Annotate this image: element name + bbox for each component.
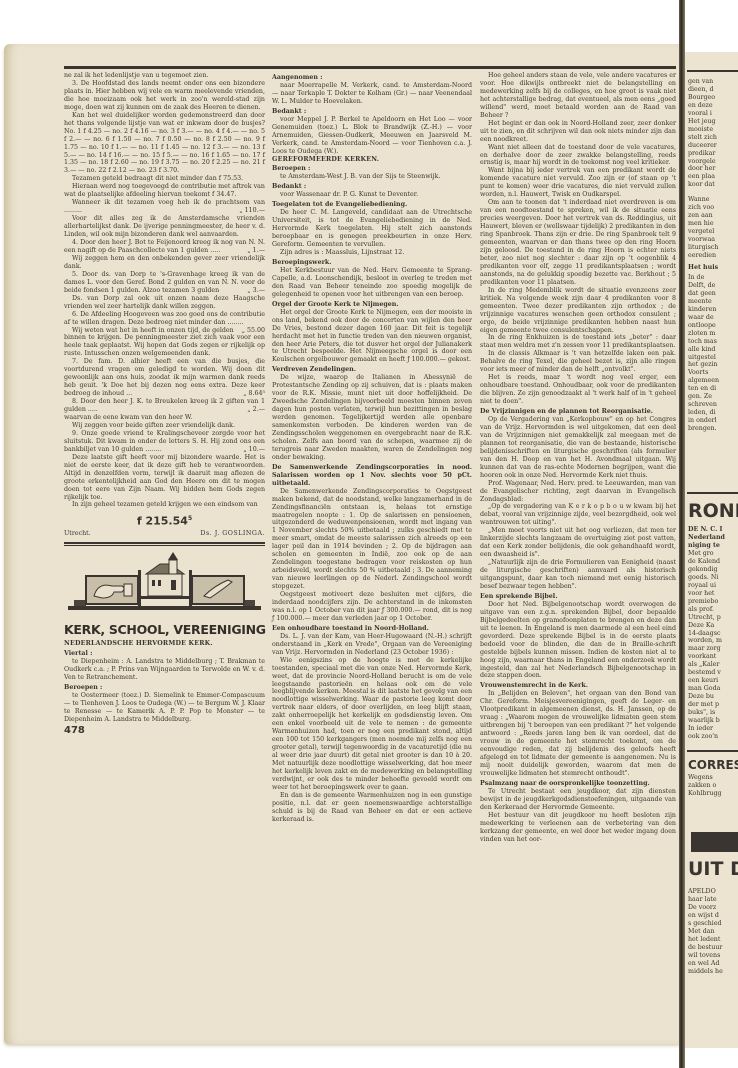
section-banner: CORRES [688,758,738,772]
amount-line: 9. Onze goede vriend te Kralingscheveer … [64,430,265,454]
text-fragment: APELDOhaar lateDe voorzen wijst ds gesch… [688,888,738,975]
text-line: zen aan [688,212,738,220]
paragraph: Hieraan werd nog toegevoegd de contribut… [64,183,265,199]
text-line: toch mas [688,338,738,346]
paragraph: In de ring Medemblik wordt de situatie e… [480,287,676,335]
banner-illustration [691,832,738,852]
paragraph: Het orgel der Groote Kerk te Nijmegen, e… [272,309,472,365]
subheading: Beroepen : [272,165,472,173]
column-2: Aangenomen : naar Moerrapelle M. Verkerk… [272,72,472,824]
quote: „Natuurlijk zijn de drie Formulieren van… [480,559,676,591]
paragraph: voor Meppel J. P. Berkel te Apeldoorn en… [272,116,472,156]
text-line: goeds. Ni [688,574,738,582]
paragraph: voor Wassenaar dr. P. G. Kunst te Devent… [272,191,472,199]
signature: Utrecht. Ds. J. GOSLINGA. [64,530,265,538]
text-line: dat geen [688,290,738,298]
text-line: meente [688,298,738,306]
amount-value: „ 1.— [239,247,265,255]
text-line: het ledent [688,936,738,944]
paragraph: waarvan de eene kwam van den heer W. [64,414,265,422]
article-heading: Het huis [688,264,738,272]
amount-line: 5. Door ds. van Dorp te 's-Gravenhage kr… [64,271,265,295]
text-line: Het jeug [688,118,738,126]
text-line: kinderen [688,306,738,314]
signature-name: Ds. J. GOSLINGA. [200,530,265,538]
text-fragment: gen vandieen, dBourgeoen dezevooral iHet… [688,78,738,189]
text-line: Deze bu [688,693,738,701]
amount-line: 7. De fam. D. alhier heeft een van die b… [64,358,265,398]
text-line: waar de [688,314,738,322]
section-rule [687,70,738,72]
text-line: door her [688,165,738,173]
section-banner: UIT D [688,858,738,880]
text-line: Wegens [688,774,738,782]
text-line: waarlijk b [688,717,738,725]
signature-place: Utrecht. [64,530,91,538]
grand-total: f 215.545 [64,515,265,526]
paragraph: In zijn geheel tezamen geteld krijgen we… [64,501,265,509]
paragraph: Het bestuur van dit jeugdkoor nu heeft b… [480,812,676,844]
top-rule [64,66,676,69]
church-emblem-illustration [64,552,265,622]
amount-label: 5. Door ds. van Dorp te 's-Gravenhage kr… [64,271,265,294]
subheading: Beroepen : [64,684,265,692]
text-line: Kohlbrugg [688,790,738,798]
paragraph: Te Utrecht bestaat een jeugdkoor, dat zi… [480,788,676,812]
text-line: de bestuur [688,944,738,952]
text-line: vergetel [688,228,738,236]
text-line: voor het [688,590,738,598]
paragraph: te Amsterdam-West J. B. van der Sijs te … [272,173,472,181]
section-rule [687,492,738,494]
amount-line: 8. Door den heer J. K. te Breukelen kree… [64,398,265,414]
text-fragment: DE N. C. INederlandniging te [688,526,738,550]
amount-value: „ 2.— [239,406,265,414]
text-line: gen. Ze [688,393,738,401]
text-fragment: Wegenszakken oKohlbrugg [688,774,738,798]
text-fragment: Wannezich voozen aanmen hievergetelvoorw… [688,196,738,260]
text-line: s geschied [688,920,738,928]
text-line: Voorts [688,369,738,377]
paragraph: De wijze, waarop de Italianen in Abessyn… [272,374,472,461]
text-line: zich voo [688,204,738,212]
amount-line: 4. Door den heer J. Bot te Feijenoord kr… [64,239,265,255]
paragraph: Zijn adres is : Maassluis, Lijnstraat 12… [272,249,472,257]
column-3: Hoe geheel anders staan de vele, vele an… [480,72,676,844]
text-line: Bourgeo [688,94,738,102]
text-line: voorgele [688,158,738,166]
amount-value: „ 8.64⁵ [235,390,265,398]
paragraph: De Samenwerkende Zendingscorporaties te … [272,488,472,591]
paragraph: Wie eenigszins op de hoogte is met de ke… [272,657,472,792]
page-number: 478 [64,727,265,735]
text-line: In ieder [688,725,738,733]
paragraph: Tezamen geteld bedraagt dit niet minder … [64,175,265,183]
section-heading: NEDERLANDSCHE HERVORMDE KERK. [64,640,265,648]
amount-value: „ 3.— [239,287,265,295]
text-line: predikar [688,150,738,158]
paragraph: In de ring Enkhuizen is de toestand iets… [480,334,676,350]
text-line: Delft, de [688,282,738,290]
text-line: premiebo [688,598,738,606]
text-line: liturgisch [688,244,738,252]
text-line: wil tovens [688,952,738,960]
paragraph: Het is reeds, maar 't wordt nog veel erg… [480,374,676,406]
text-line: gen van [688,78,738,86]
paragraph: Wij zeggen voor beide giften zeer vriend… [64,422,265,430]
text-line: APELDO [688,888,738,896]
text-line: dieen, d [688,86,738,94]
amount-value: „ 10.— [235,446,265,454]
text-line: en wijst d [688,912,738,920]
paragraph: Door het Ned. Bijbelgenootschap wordt ov… [480,601,676,681]
text-line: algemeen [688,377,738,385]
text-line: als prof. [688,606,738,614]
total-superscript: 5 [188,515,192,522]
article-heading: Verdreven Zendelingen. [272,366,472,374]
text-line: en deze [688,102,738,110]
text-line: in onderl [688,417,738,425]
paragraph: Oegstgeest motiveert deze besluiten met … [272,591,472,623]
section-heading: GEREFORMEERDE KERKEN. [272,156,472,164]
amount-label: 8. Door den heer J. K. te Breukelen kree… [64,398,265,413]
total-value: f 215.54 [137,515,188,528]
text-line: zakken o [688,782,738,790]
paragraph: te Diepenheim : A. Landstra te Middelbur… [64,658,265,682]
article-heading: Vrouwenstemrecht in de Kerk. [480,682,676,690]
paragraph: Want niet alleen dat de toestand door de… [480,144,676,168]
subheading: Bedankt : [272,183,472,191]
article-heading: Psalmzang naar de oorspronkelijke toonze… [480,780,676,788]
text-line: schreven [688,401,738,409]
article-heading: De Samenwerkende Zendingscorporaties in … [272,464,472,488]
section-rule [64,542,265,544]
text-line: vooral i [688,110,738,118]
text-line: maar zorg [688,645,738,653]
text-line: man Goda [688,685,738,693]
text-line: ten en di [688,385,738,393]
paragraph: Het begint er dan ook in Noord-Holland z… [480,120,676,144]
donation-list: Kan het wel duidelijker worden gedemonst… [64,112,265,176]
text-line: als „Kaler [688,661,738,669]
amount-label: Wanneer ik dit tezamen voeg heb ik de pr… [72,199,265,206]
paragraph: Ds. van Dorp zal ook uit onzen naam deze… [64,295,265,311]
paragraph: De heer C. M. Langeveld, candidaat aan d… [272,209,472,249]
text-line: Utrecht, p [688,614,738,622]
paragraph: te Oostermeer (toez.) D. Siemelink te Em… [64,692,265,724]
text-line: der met p [688,701,738,709]
paragraph: Voor dit alles zeg ik de Amsterdamsche v… [64,215,265,239]
subheading: Viertal : [64,650,265,658]
text-line: gekondig [688,566,738,574]
paragraph: En dan is de gemeente Warmenhuizen nog i… [272,792,472,824]
amount-label: 6. De Afdeeling Hoogeveen was zoo goed o… [64,311,265,326]
amount-label: 4. Door den heer J. Bot te Feijenoord kr… [64,239,265,254]
paragraph: In „Belijden en Beleven", het orgaan van… [480,690,676,777]
paragraph: naar Moerrapelle M. Verkerk, cand. te Am… [272,82,472,106]
text-line: een keuri [688,677,738,685]
quote: „Men moet voorts niet uit het oog verlie… [480,527,676,559]
article-heading: Beroepingswerk. [272,259,472,267]
text-line: een plaa [688,173,738,181]
section-rule-thin [64,545,265,546]
article-heading: Een sprekende Bijbel. [480,593,676,601]
text-line: buks", is [688,709,738,717]
text-line: royaal ui [688,582,738,590]
text-fragment: Met grode Kalendgekondiggoeds. Niroyaal … [688,550,738,741]
paragraph: Deze laatste gift heeft voor mij bizonde… [64,454,265,502]
subheading: Aangenomen : [272,74,472,82]
text-line: middels he [688,968,738,976]
adjacent-page: gen vandieen, dBourgeoen dezevooral iHet… [685,52,738,1048]
text-line: duceerer [688,142,738,150]
paragraph: Om aan te toonen dat 't inderdaad niet o… [480,199,676,286]
text-line: De voorz [688,904,738,912]
text-line: Met gro [688,550,738,558]
text-line: 14-daagsc [688,630,738,638]
paragraph: Hoe geheel anders staan de vele, vele an… [480,72,676,120]
paragraph: Prof. Wagenaar, Ned. Herv. pred. te Leeu… [480,480,676,504]
paragraph: Het Kerkbestuur van de Ned. Herv. Gemeen… [272,267,472,299]
amount-line: 6. De Afdeeling Hoogeveen was zoo goed o… [64,311,265,327]
section-banner: RONI [688,500,738,522]
text-line: men hie [688,220,738,228]
subheading: Bedankt : [272,108,472,116]
section-banner: KERK, SCHOOL, VEREENIGING [64,622,265,637]
text-line: zloten m [688,330,738,338]
section-rule [687,750,738,752]
text-fragment: In deDelft, dedat geenmeentekinderenwaar… [688,274,738,433]
text-line: uitgestel [688,354,738,362]
text-line: brengen. [688,425,738,433]
text-line: alle kind [688,346,738,354]
text-line: worden, m [688,637,738,645]
text-line: mooiste [688,126,738,134]
text-line: DE N. C. I [688,526,738,534]
text-line: Deze Ka [688,622,738,630]
paragraph: Want bijna bij ieder vertrek van een pre… [480,167,676,199]
text-line: Met dan [688,928,738,936]
text-line: In de [688,274,738,282]
text-line: de Kalend [688,558,738,566]
paragraph: 3. De Hoofdstad des lands neemt onder on… [64,80,265,112]
amount-value: „ 55.00 [234,327,265,335]
text-line: niging te [688,542,738,550]
text-line: eeredien [688,252,738,260]
text-line: ook zoo'n [688,733,738,741]
text-line: voorwaa [688,236,738,244]
article-heading: Orgel der Groote Kerk te Nijmegen. [272,301,472,309]
amount-line: Wanneer ik dit tezamen voeg heb ik de pr… [64,199,265,215]
text-line: bestemd v [688,669,738,677]
text-line: stelt zich [688,134,738,142]
text-line: leden, di [688,409,738,417]
text-line: voorkant [688,653,738,661]
text-line: ontloope [688,322,738,330]
text-line: en wel Ad [688,960,738,968]
paragraph: ne zal ik het ledenlijstje van u tegemoe… [64,72,265,80]
article-heading: Een onhoudbare toestand in Noord-Holland… [272,625,472,633]
quote: „Op de vergadering van K e r k o p b o u… [480,503,676,527]
paragraph: In de classis Alkmaar is 't van hetzelfd… [480,350,676,374]
text-line: het gezin [688,361,738,369]
article-heading: Toegelaten tot de Evangeliebediening. [272,201,472,209]
column-1: ne zal ik het ledenlijstje van u tegemoe… [64,72,265,734]
paragraph: Wij zeggen hem en den onbekenden gever z… [64,255,265,271]
text-line: Nederland [688,534,738,542]
amount-value: „ 110.— [231,207,265,215]
paragraph: Op de Vergadering van „Kerkopbouw" en op… [480,416,676,480]
paragraph: Ds. L. J. van der Kam, van Heer-Hugowaar… [272,633,472,657]
article-heading: De Vrijzinnigen en de plannen tot Reorga… [480,408,676,416]
text-line: koor dat [688,181,738,189]
text-line: haar late [688,896,738,904]
text-line: Wanne [688,196,738,204]
